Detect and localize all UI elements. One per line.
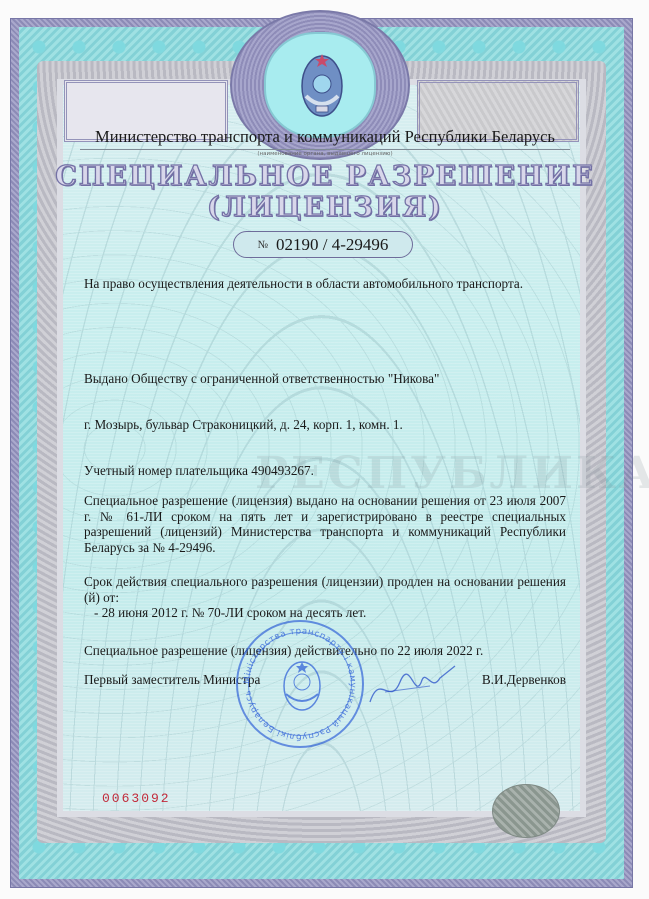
license-number: № 02190 / 4-29496 — [233, 231, 413, 258]
license-number-value: 02190 / 4-29496 — [276, 235, 388, 255]
address: г. Мозырь, бульвар Страконицкий, д. 24, … — [84, 417, 566, 433]
extension-intro: Срок действия специального разрешения (л… — [84, 574, 566, 605]
issued-to: Выдано Обществу с ограниченной ответстве… — [84, 371, 566, 387]
license-scope: На право осуществления деятельности в об… — [84, 276, 566, 292]
authority-underline — [80, 149, 570, 150]
document-title: СПЕЦИАЛЬНОЕ РАЗРЕШЕНИЕ — [40, 161, 610, 192]
number-sign: № — [258, 239, 269, 251]
issuance-basis: Специальное разрешение (лицензия) выдано… — [84, 493, 566, 555]
seal-emblem-icon — [278, 658, 326, 714]
taxpayer-number: Учетный номер плательщика 490493267. — [84, 463, 566, 479]
state-emblem-icon — [298, 50, 346, 120]
extension-item: - 28 июня 2012 г. № 70-ЛИ сроком на деся… — [84, 605, 566, 621]
authority-caption: (наименование органа, выдавшего лицензию… — [60, 151, 590, 157]
signature — [360, 662, 460, 712]
serial-number: 0063092 — [102, 791, 171, 806]
hologram-sticker — [492, 784, 560, 838]
official-seal: Міністэрства транспарту і камунікацый Рэ… — [236, 620, 364, 748]
document-subtitle: (ЛИЦЕНЗИЯ) — [40, 192, 610, 223]
issuing-authority: Министерство транспорта и коммуникаций Р… — [60, 127, 590, 147]
